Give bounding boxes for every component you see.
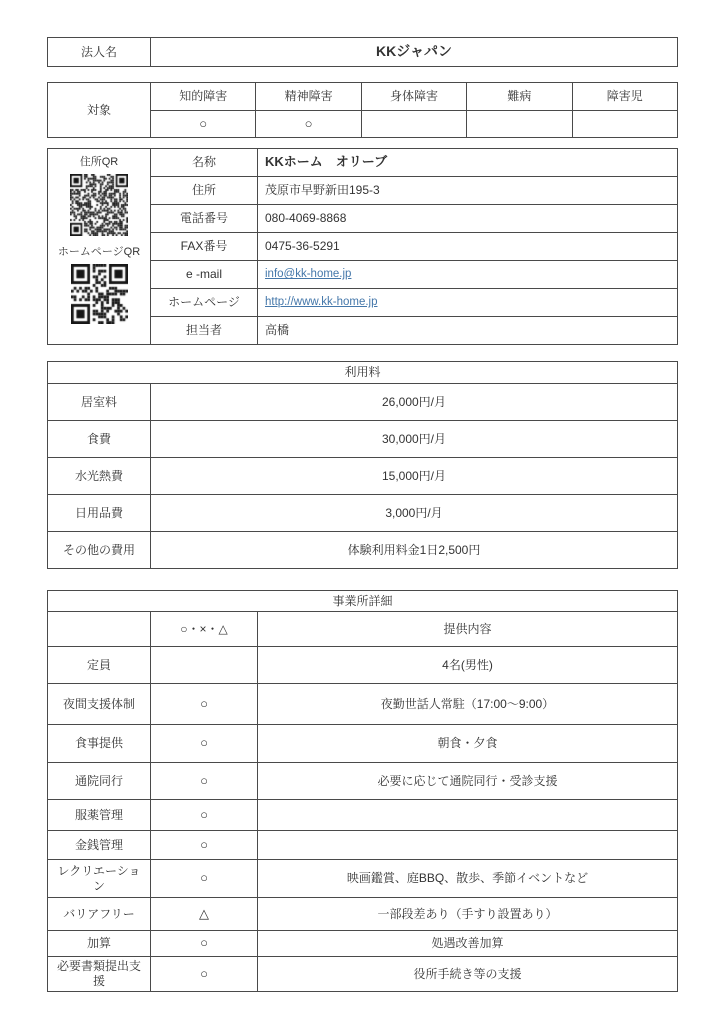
details-row-content — [258, 800, 678, 831]
details-row-label: 通院同行 — [48, 763, 151, 800]
target-table: 対象 知的障害 精神障害 身体障害 難病 障害児 ○ ○ — [47, 82, 678, 138]
qr-column: 住所QR ホームページQR — [48, 149, 151, 345]
details-row-content: 一部段差あり（手すり設置あり） — [258, 898, 678, 931]
fee-row-label: 居室料 — [48, 384, 151, 421]
details-table: 事業所詳細 ○・×・△ 提供内容 定員 4名(男性) 夜間支援体制 ○ 夜勤世話… — [47, 590, 678, 992]
homepage-qr-code-icon — [71, 264, 128, 324]
facility-info-table: 住所QR ホームページQR 名称 KKホーム オリーブ 住所 茂原市早野新田19… — [47, 148, 678, 345]
fee-row-label: 日用品費 — [48, 495, 151, 532]
corporate-name-label: 法人名 — [48, 38, 151, 67]
corporate-table: 法人名 KKジャパン — [47, 37, 678, 67]
target-category-mark — [573, 111, 678, 138]
details-row-mark: ○ — [151, 725, 258, 763]
homepage-qr-label: ホームページQR — [58, 246, 140, 260]
corporate-name-value: KKジャパン — [151, 38, 678, 67]
facility-phone-value: 080-4069-8868 — [258, 205, 678, 233]
target-category-mark: ○ — [151, 111, 256, 138]
target-category-mark — [362, 111, 467, 138]
details-row-mark: ○ — [151, 800, 258, 831]
details-row-mark: ○ — [151, 831, 258, 860]
details-row-content: 必要に応じて通院同行・受診支援 — [258, 763, 678, 800]
facility-fax-value: 0475-36-5291 — [258, 233, 678, 261]
fee-row-value: 15,000円/月 — [151, 458, 678, 495]
details-row-content — [258, 831, 678, 860]
target-category-label: 難病 — [467, 83, 572, 111]
details-mark-header: ○・×・△ — [151, 612, 258, 647]
details-row-content: 夜勤世話人常駐（17:00～9:00） — [258, 684, 678, 725]
details-row-mark: ○ — [151, 957, 258, 992]
facility-row-label: 住所 — [151, 177, 258, 205]
details-row-label: レクリエーション — [48, 860, 151, 898]
facility-sheet: 法人名 KKジャパン 対象 知的障害 精神障害 身体障害 難病 障害児 ○ ○ … — [0, 37, 724, 992]
details-row-content: 処遇改善加算 — [258, 931, 678, 957]
details-row-content: 4名(男性) — [258, 647, 678, 684]
details-content-header: 提供内容 — [258, 612, 678, 647]
fee-row-label: 食費 — [48, 421, 151, 458]
details-row-label: 必要書類提出支援 — [48, 957, 151, 992]
details-row-mark — [151, 647, 258, 684]
target-category-label: 精神障害 — [256, 83, 361, 111]
details-row-label: 金銭管理 — [48, 831, 151, 860]
details-row-mark: ○ — [151, 931, 258, 957]
fee-row-label: その他の費用 — [48, 532, 151, 569]
facility-address-value: 茂原市早野新田195-3 — [258, 177, 678, 205]
facility-row-label: FAX番号 — [151, 233, 258, 261]
address-qr-label: 住所QR — [80, 156, 119, 170]
details-row-mark: ○ — [151, 860, 258, 898]
details-row-content: 朝食・夕食 — [258, 725, 678, 763]
facility-contact-person-value: 高橋 — [258, 317, 678, 345]
target-label: 対象 — [48, 83, 151, 138]
details-row-content: 映画鑑賞、庭BBQ、散歩、季節イベントなど — [258, 860, 678, 898]
fee-row-value: 3,000円/月 — [151, 495, 678, 532]
target-category-label: 障害児 — [573, 83, 678, 111]
details-title: 事業所詳細 — [48, 591, 678, 612]
details-row-mark: ○ — [151, 763, 258, 800]
fee-row-value: 26,000円/月 — [151, 384, 678, 421]
facility-name-value: KKホーム オリーブ — [258, 149, 678, 177]
fees-title: 利用料 — [48, 362, 678, 384]
email-link[interactable]: info@kk-home.jp — [265, 267, 351, 281]
details-row-label: 夜間支援体制 — [48, 684, 151, 725]
details-corner-cell — [48, 612, 151, 647]
details-row-mark: ○ — [151, 684, 258, 725]
target-category-label: 身体障害 — [362, 83, 467, 111]
fee-row-label: 水光熱費 — [48, 458, 151, 495]
fee-row-value: 30,000円/月 — [151, 421, 678, 458]
details-row-label: 食事提供 — [48, 725, 151, 763]
fee-row-value: 体験利用料金1日2,500円 — [151, 532, 678, 569]
details-row-label: 加算 — [48, 931, 151, 957]
fees-table: 利用料 居室料 26,000円/月 食費 30,000円/月 水光熱費 15,0… — [47, 361, 678, 569]
facility-row-label: 担当者 — [151, 317, 258, 345]
homepage-link[interactable]: http://www.kk-home.jp — [265, 295, 377, 309]
details-row-label: バリアフリー — [48, 898, 151, 931]
details-row-content: 役所手続き等の支援 — [258, 957, 678, 992]
facility-row-label: ホームページ — [151, 289, 258, 317]
facility-row-label: 電話番号 — [151, 205, 258, 233]
details-row-label: 定員 — [48, 647, 151, 684]
target-category-mark — [467, 111, 572, 138]
address-qr-code-icon — [70, 174, 128, 236]
details-row-label: 服薬管理 — [48, 800, 151, 831]
target-category-mark: ○ — [256, 111, 361, 138]
facility-row-label: 名称 — [151, 149, 258, 177]
facility-row-label: e -mail — [151, 261, 258, 289]
target-category-label: 知的障害 — [151, 83, 256, 111]
details-row-mark: △ — [151, 898, 258, 931]
